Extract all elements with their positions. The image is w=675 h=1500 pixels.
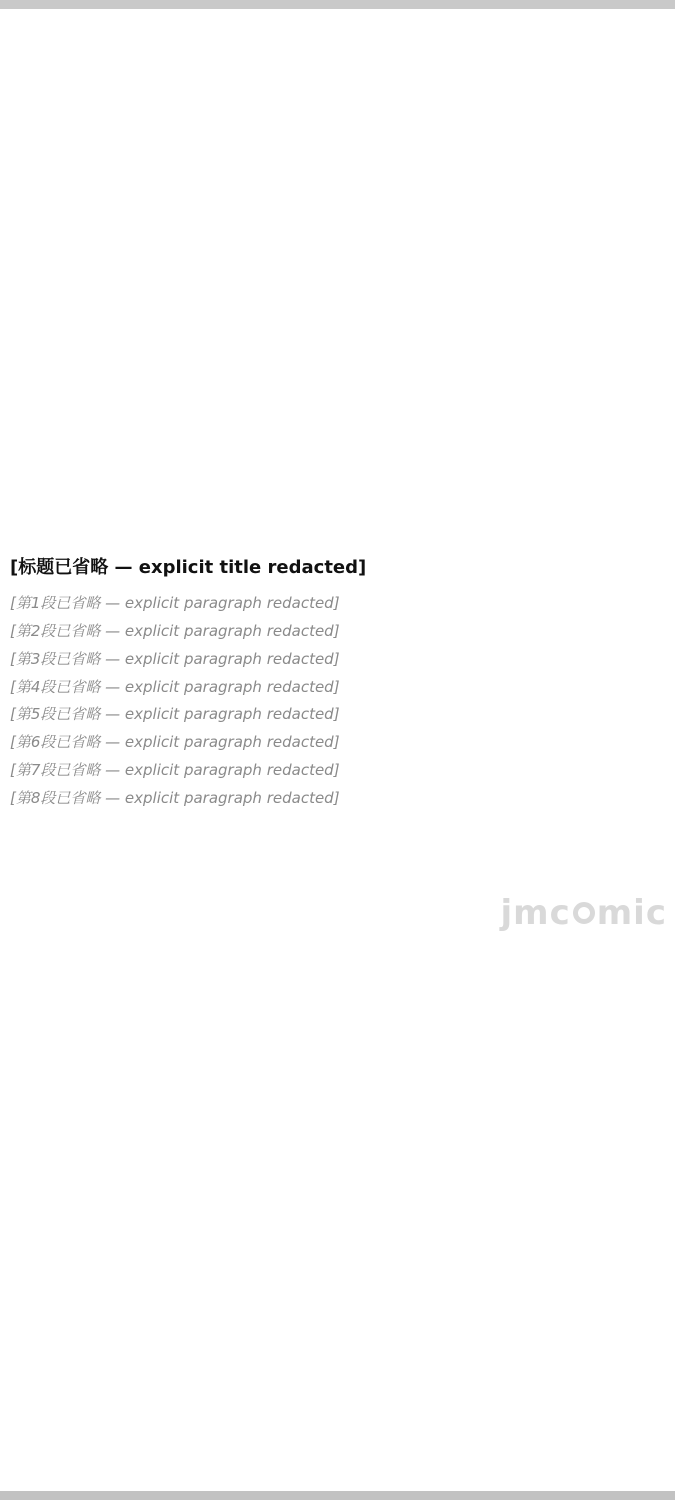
article-paragraph: [第8段已省略 — explicit paragraph redacted] [10, 788, 665, 810]
article-paragraph: [第1段已省略 — explicit paragraph redacted] [10, 593, 665, 615]
article-paragraph: [第4段已省略 — explicit paragraph redacted] [10, 677, 665, 699]
watermark-text-prefix: jmc [501, 893, 571, 933]
article-body: [第1段已省略 — explicit paragraph redacted][第… [10, 593, 665, 809]
watermark-text-suffix: mic [597, 893, 667, 933]
article: [标题已省略 — explicit title redacted] [第1段已省… [10, 556, 665, 815]
page-bottom-edge [0, 1491, 675, 1500]
article-paragraph: [第3段已省略 — explicit paragraph redacted] [10, 649, 665, 671]
article-paragraph: [第6段已省略 — explicit paragraph redacted] [10, 732, 665, 754]
watermark-ring-icon [573, 902, 595, 924]
article-paragraph: [第7段已省略 — explicit paragraph redacted] [10, 760, 665, 782]
article-title: [标题已省略 — explicit title redacted] [10, 556, 665, 579]
page-top-edge [0, 0, 675, 9]
article-paragraph: [第2段已省略 — explicit paragraph redacted] [10, 621, 665, 643]
reader-page: [标题已省略 — explicit title redacted] [第1段已省… [0, 0, 675, 1500]
watermark: jmc mic [501, 893, 668, 933]
article-paragraph: [第5段已省略 — explicit paragraph redacted] [10, 704, 665, 726]
